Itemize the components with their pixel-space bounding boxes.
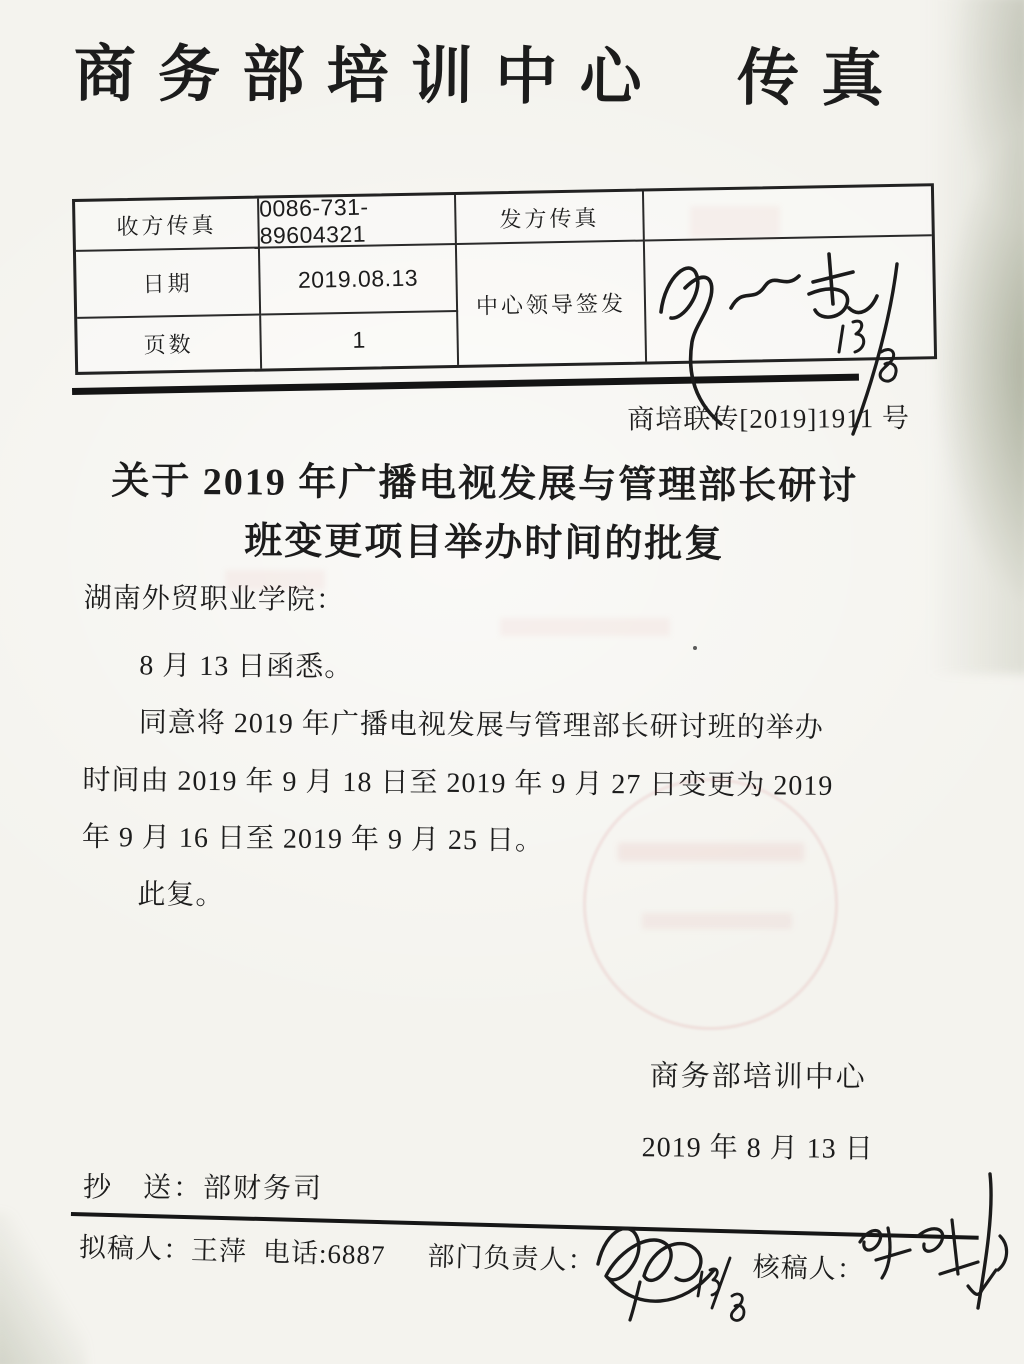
scan-shadow-bottom-left <box>0 1212 87 1364</box>
sender-fax-label: 发方传真 <box>456 192 645 245</box>
drafter-label: 拟稿人：王萍 <box>79 1232 248 1266</box>
fax-document-page: 商务部培训中心 传真 收方传真 0086-731-89604321 发方传真 日… <box>0 0 1024 1364</box>
cc-line: 抄 送：部财务司 <box>83 1165 323 1206</box>
leader-sign-label: 中心领导签发 <box>457 242 647 365</box>
pages-label: 页数 <box>77 316 262 372</box>
closing-org: 商务部培训中心 <box>612 1053 904 1096</box>
date-value: 2019.08.13 <box>260 245 458 316</box>
dept-head-signature-handwriting <box>586 1200 776 1330</box>
doc-type-label: 传真 <box>737 28 906 118</box>
recipient-fax-label: 收方传真 <box>75 199 260 252</box>
dept-head-label: 部门负责人： <box>427 1241 596 1275</box>
document-title: 关于 2019 年广播电视发展与管理部长研讨 班变更项目举办时间的批复 <box>39 452 930 576</box>
stamp-bleed-text-smudge <box>642 913 792 929</box>
footer-drafter-row: 拟稿人：王萍电话:6887部门负责人： <box>79 1225 596 1278</box>
letterhead: 商务部培训中心 传真 <box>73 24 906 118</box>
date-label: 日期 <box>76 249 261 319</box>
document-title-line2: 班变更项目举办时间的批复 <box>39 511 929 576</box>
org-title: 商务部培训中心 <box>73 24 664 117</box>
closing-date: 2019 年 8 月 13 日 <box>612 1125 904 1167</box>
ink-bleed-smudge <box>500 618 670 636</box>
body-paragraph: 8 月 13 日函悉。 <box>139 643 353 685</box>
reviewer-signature-handwriting <box>850 1170 1024 1320</box>
stamp-bleed-text-smudge <box>618 843 804 861</box>
body-paragraph: 同意将 2019 年广播电视发展与管理部长研讨班的举办 <box>139 700 824 745</box>
document-title-line1: 关于 2019 年广播电视发展与管理部长研讨 <box>40 452 930 517</box>
recipient-fax-value: 0086-731-89604321 <box>259 195 457 249</box>
closing-block: 商务部培训中心 2019 年 8 月 13 日 <box>612 1053 905 1167</box>
body-paragraph: 年 9 月 16 日至 2019 年 9 月 25 日。 <box>82 815 544 859</box>
ink-bleed-smudge <box>225 570 325 590</box>
leader-signature-handwriting <box>645 226 945 446</box>
body-paragraph: 此复。 <box>137 872 224 913</box>
phone-label: 电话:6887 <box>263 1237 386 1270</box>
stamp-bleedthrough <box>583 778 838 1030</box>
pages-value: 1 <box>261 312 459 369</box>
scan-speck <box>693 646 697 650</box>
